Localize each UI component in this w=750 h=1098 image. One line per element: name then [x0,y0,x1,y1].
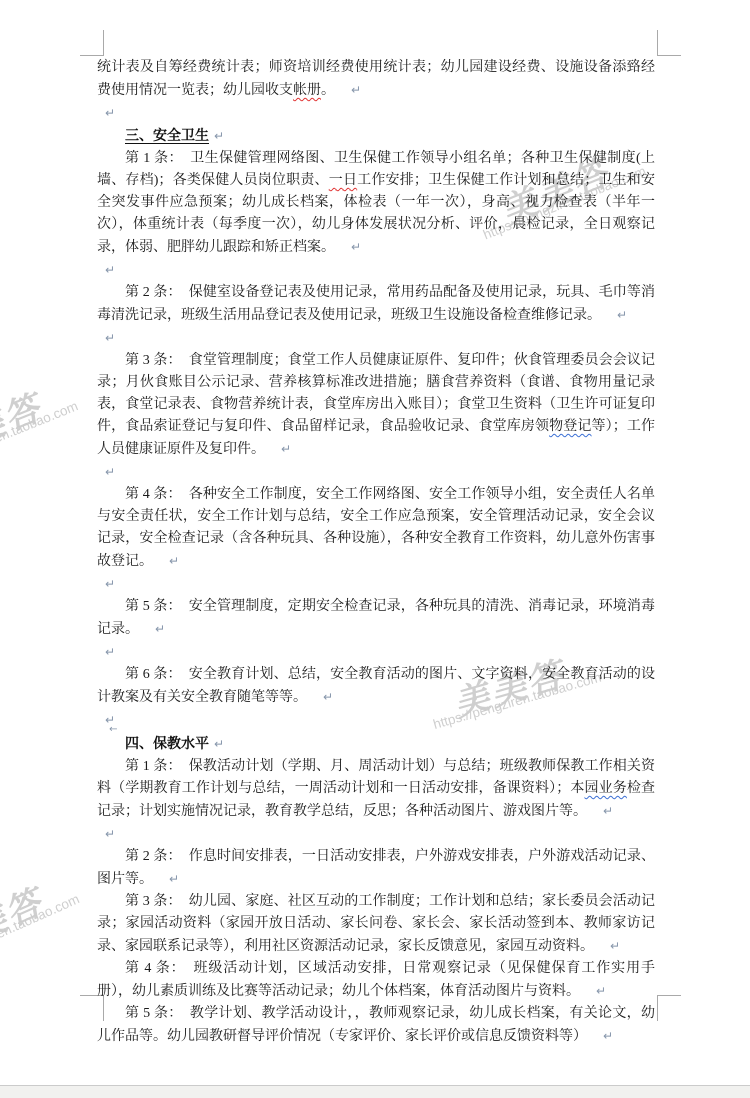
paragraph-mark-icon: ↵ [603,1025,613,1047]
paragraph: 第 3 条： 食堂管理制度；食堂工作人员健康证原件、复印件；伙食管理委员会会议记… [97,350,655,461]
text-run: 第 1 条： 保教活动计划（学期、月、周活动计划）与总结；班级教师保教工作相关资… [97,759,655,796]
document-page: 美美答 https://pengziren.taobao.com 美美答 htt… [0,0,750,1098]
paragraph: 第 1 条： 卫生保健管理网络图、卫生保健工作领导小组名单；各种卫生保健制度(上… [97,148,655,259]
text-run: 第 3 条： 幼儿园、家庭、社区互动的工作制度；工作计划和总结；家长委员会活动记… [97,894,655,954]
paragraph-mark-icon: ↵ [105,259,115,281]
watermark: 美美答 https://pengziren.taobao.com [0,380,49,469]
paragraph-mark-icon: ↵ [105,327,115,349]
page-corner-mark-bottom-right [657,995,681,1021]
empty-paragraph: ↵ [97,259,655,282]
text-run: 第 6 条： 安全教育计划、总结，安全教育活动的图片、文字资料，安全教育活动的设… [97,667,655,705]
text-run: 四、保教水平 [125,737,209,752]
text-run: 帐册 [293,83,321,98]
horizontal-scrollbar-track[interactable] [0,1085,750,1098]
paragraph-mark-icon: ↵ [105,823,115,845]
text-run: 第 4 条： 班级活动计划，区域活动安排，日常观察记录（见保健保育工作实用手册）… [97,961,655,999]
paragraph: 第 2 条： 作息时间安排表，一日活动安排表，户外游戏安排表，户外游戏活动记录、… [97,846,655,891]
page-corner-mark-top-right [657,30,681,56]
document-body: 统计表及自筹经费统计表；师资培训经费使用统计表；幼儿园建设经费、设施设备添臵经费… [97,57,655,1048]
empty-paragraph: ↵ [97,823,655,846]
text-run: 第 2 条： 保健室设备登记表及使用记录，常用药品配备及使用记录，玩具、毛巾等消… [97,285,655,323]
empty-paragraph: ↵← [97,709,655,733]
paragraph-mark-icon: ↵ [105,102,115,124]
paragraph-mark-icon: ↵ [281,438,291,460]
empty-paragraph: ↵ [97,461,655,484]
paragraph: 第 5 条： 安全管理制度，定期安全检查记录，各种玩具的清洗、消毒记录，环境消毒… [97,596,655,641]
paragraph: 第 4 条： 各种安全工作制度，安全工作网络图、安全工作领导小组，安全责任人名单… [97,484,655,573]
empty-paragraph: ↵ [97,573,655,596]
paragraph: 第 3 条： 幼儿园、家庭、社区互动的工作制度；工作计划和总结；家长委员会活动记… [97,891,655,958]
paragraph-mark-icon: ↵ [155,618,165,640]
empty-paragraph: ↵ [97,641,655,664]
section-heading: 三、安全卫生↵ [125,125,655,148]
text-run: 园业务 [585,781,627,796]
paragraph-mark-icon: ↵ [610,935,620,957]
empty-paragraph: ↵ [97,327,655,350]
section-heading: 四、保教水平↵ [125,733,655,756]
paragraph-mark-icon: ↵ [596,980,606,1002]
paragraph-mark-icon: ↵ [169,550,179,572]
paragraph-mark-icon: ↵ [603,800,613,822]
text-run: 三、安全卫生 [125,129,209,144]
paragraph-mark-icon: ↵ [351,236,361,258]
paragraph-mark-icon: ↵ [323,686,333,708]
watermark-url: https://pengziren.taobao.com [0,398,80,477]
paragraph-mark-icon: ↵ [214,733,224,755]
page-corner-mark-top-left [80,30,104,56]
text-run: 统计表及自筹经费统计表；师资培训经费使用统计表；幼儿园建设经费、设施设备添臵经费… [97,60,655,98]
text-run: 第 4 条： 各种安全工作制度，安全工作网络图、安全工作领导小组，安全责任人名单… [97,487,655,569]
paragraph-mark-icon: ↵ [105,461,115,483]
watermark-url: https://pengziren.taobao.com [0,891,82,976]
paragraph-mark-icon: ↵ [105,573,115,595]
paragraph: 第 1 条： 保教活动计划（学期、月、周活动计划）与总结；班级教师保教工作相关资… [97,756,655,823]
paragraph: 统计表及自筹经费统计表；师资培训经费使用统计表；幼儿园建设经费、设施设备添臵经费… [97,57,655,102]
text-run: 第 5 条： 教学计划、教学活动设计，，教师观察记录，幼儿成长档案，有关论文，幼… [97,1006,655,1044]
paragraph: 第 4 条： 班级活动计划，区域活动安排，日常观察记录（见保健保育工作实用手册）… [97,958,655,1003]
text-run: 。 [321,83,335,98]
text-run: 第 5 条： 安全管理制度，定期安全检查记录，各种玩具的清洗、消毒记录，环境消毒… [97,599,655,637]
watermark-name: 美美答 [0,875,51,967]
paragraph: 第 2 条： 保健室设备登记表及使用记录，常用药品配备及使用记录，玩具、毛巾等消… [97,282,655,327]
watermark-name: 美美答 [0,380,49,469]
paragraph: 第 6 条： 安全教育计划、总结，安全教育活动的图片、文字资料，安全教育活动的设… [97,664,655,709]
text-run: 一日 [329,173,357,188]
paragraph-mark-icon: ← [101,719,117,741]
paragraph-mark-icon: ↵ [351,79,361,101]
paragraph-mark-icon: ↵ [214,125,224,147]
paragraph: 第 5 条： 教学计划、教学活动设计，，教师观察记录，幼儿成长档案，有关论文，幼… [97,1003,655,1048]
text-run: 物登记 [549,419,591,434]
empty-paragraph: ↵ [97,102,655,125]
paragraph-mark-icon: ↵ [105,641,115,663]
text-run: 第 2 条： 作息时间安排表，一日活动安排表，户外游戏安排表，户外游戏活动记录、… [97,849,655,887]
watermark: 美美答 https://pengziren.taobao.com [0,875,51,967]
paragraph-mark-icon: ↵ [617,304,627,326]
paragraph-mark-icon: ↵ [169,868,179,890]
